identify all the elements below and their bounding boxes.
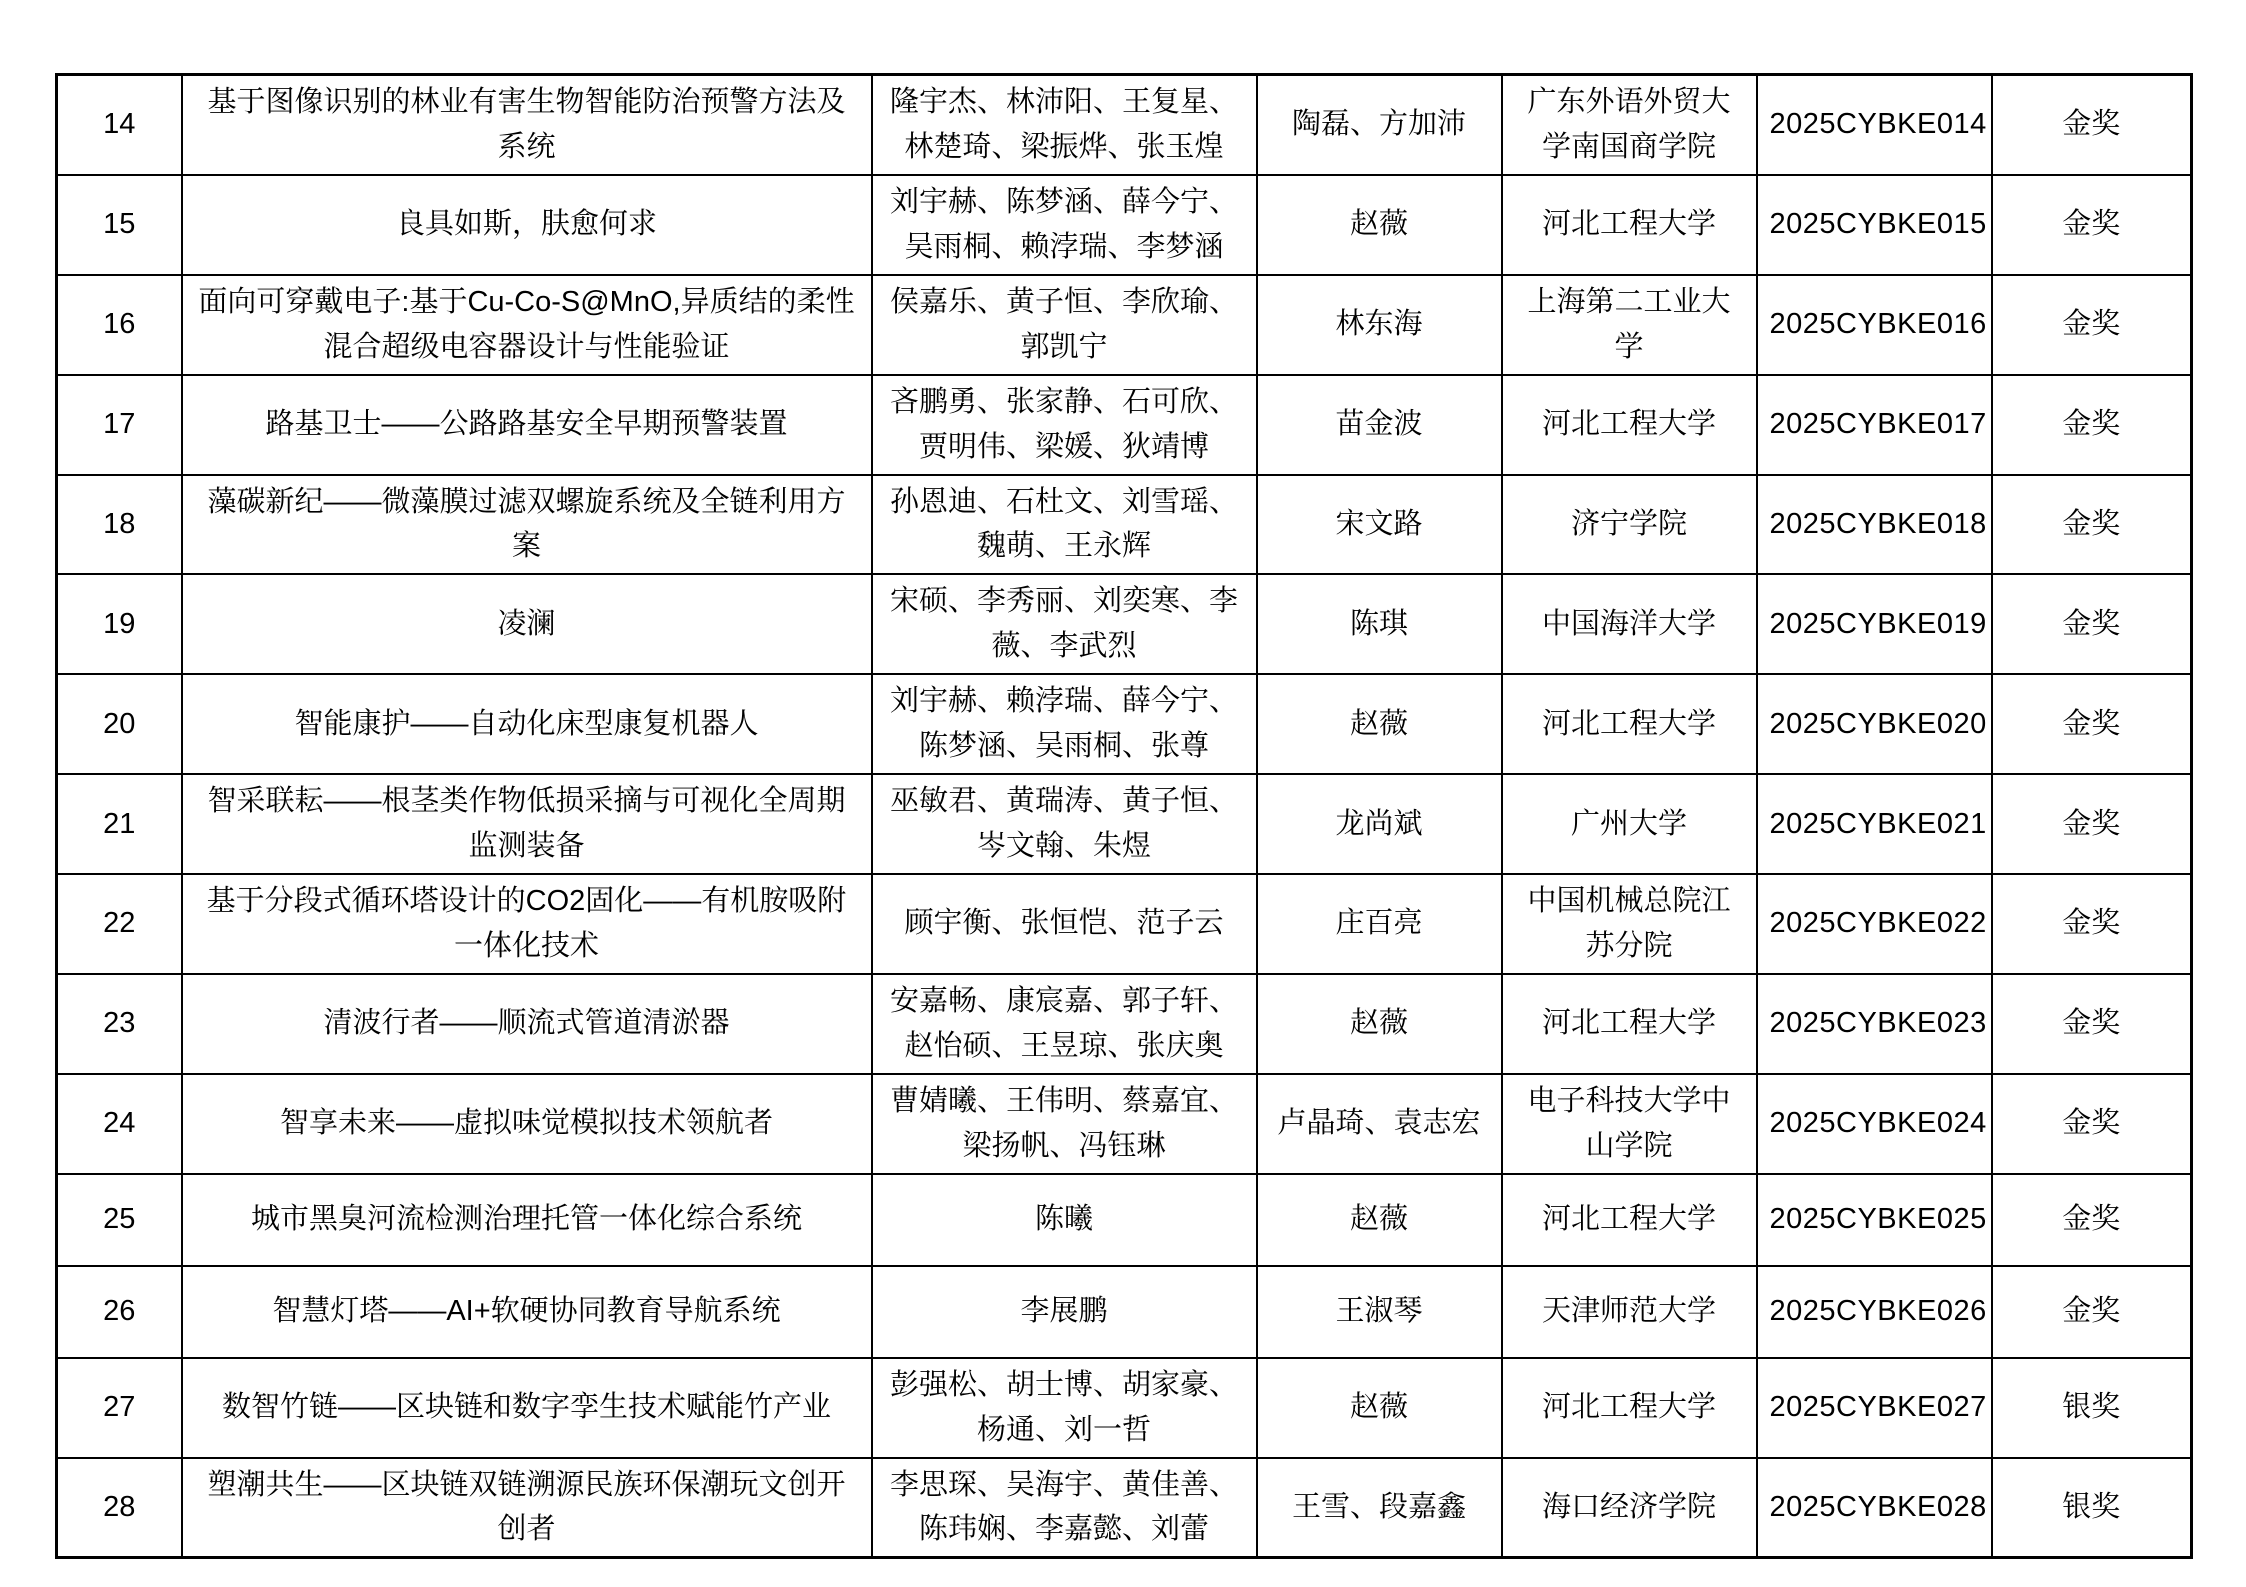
table-row: 17 路基卫士——公路路基安全早期预警装置 吝鹏勇、张家静、石可欣、贾明伟、梁媛… (57, 375, 2192, 475)
award-cell: 金奖 (1992, 574, 2192, 674)
project-code-cell: 2025CYBKE028 (1757, 1458, 1992, 1558)
table-row: 28 塑潮共生——区块链双链溯源民族环保潮玩文创开创者 李思琛、吴海宇、黄佳善、… (57, 1458, 2192, 1558)
project-title-cell: 面向可穿戴电子:基于Cu-Co-S@MnO,异质结的柔性混合超级电容器设计与性能… (182, 275, 872, 375)
school-cell: 河北工程大学 (1502, 175, 1757, 275)
table-row: 23 清波行者——顺流式管道清淤器 安嘉畅、康宸嘉、郭子轩、赵怡硕、王昱琼、张庆… (57, 974, 2192, 1074)
advisor-cell: 陈琪 (1257, 574, 1502, 674)
table-row: 19 凌澜 宋硕、李秀丽、刘奕寒、李薇、李武烈 陈琪 中国海洋大学 2025CY… (57, 574, 2192, 674)
school-cell: 河北工程大学 (1502, 375, 1757, 475)
project-title-cell: 基于分段式循环塔设计的CO2固化——有机胺吸附一体化技术 (182, 874, 872, 974)
table-row: 21 智采联耘——根茎类作物低损采摘与可视化全周期监测装备 巫敏君、黄瑞涛、黄子… (57, 774, 2192, 874)
advisor-cell: 赵薇 (1257, 175, 1502, 275)
table-row: 20 智能康护——自动化床型康复机器人 刘宇赫、赖浡瑞、薛今宁、陈梦涵、吴雨桐、… (57, 674, 2192, 774)
page-canvas: 14 基于图像识别的林业有害生物智能防治预警方法及系统 隆宇杰、林沛阳、王复星、… (0, 0, 2246, 1587)
project-title-cell: 智采联耘——根茎类作物低损采摘与可视化全周期监测装备 (182, 774, 872, 874)
advisor-cell: 卢晶琦、袁志宏 (1257, 1074, 1502, 1174)
school-cell: 中国机械总院江苏分院 (1502, 874, 1757, 974)
table-row: 22 基于分段式循环塔设计的CO2固化——有机胺吸附一体化技术 顾宇衡、张恒恺、… (57, 874, 2192, 974)
team-members-cell: 李展鹏 (872, 1266, 1257, 1358)
advisor-cell: 龙尚斌 (1257, 774, 1502, 874)
row-number-cell: 22 (57, 874, 182, 974)
project-code-cell: 2025CYBKE021 (1757, 774, 1992, 874)
award-cell: 金奖 (1992, 475, 2192, 575)
advisor-cell: 王雪、段嘉鑫 (1257, 1458, 1502, 1558)
project-title-cell: 塑潮共生——区块链双链溯源民族环保潮玩文创开创者 (182, 1458, 872, 1558)
team-members-cell: 吝鹏勇、张家静、石可欣、贾明伟、梁媛、狄靖博 (872, 375, 1257, 475)
school-cell: 河北工程大学 (1502, 1358, 1757, 1458)
school-cell: 河北工程大学 (1502, 974, 1757, 1074)
team-members-cell: 刘宇赫、陈梦涵、薛今宁、吴雨桐、赖浡瑞、李梦涵 (872, 175, 1257, 275)
advisor-cell: 陶磊、方加沛 (1257, 75, 1502, 175)
project-title-cell: 智能康护——自动化床型康复机器人 (182, 674, 872, 774)
project-title-cell: 数智竹链——区块链和数字孪生技术赋能竹产业 (182, 1358, 872, 1458)
school-cell: 上海第二工业大学 (1502, 275, 1757, 375)
project-title-cell: 路基卫士——公路路基安全早期预警装置 (182, 375, 872, 475)
project-code-cell: 2025CYBKE016 (1757, 275, 1992, 375)
advisor-cell: 宋文路 (1257, 475, 1502, 575)
row-number-cell: 16 (57, 275, 182, 375)
team-members-cell: 彭强松、胡士博、胡家豪、杨通、刘一哲 (872, 1358, 1257, 1458)
team-members-cell: 李思琛、吴海宇、黄佳善、陈玮娴、李嘉懿、刘蕾 (872, 1458, 1257, 1558)
table-row: 16 面向可穿戴电子:基于Cu-Co-S@MnO,异质结的柔性混合超级电容器设计… (57, 275, 2192, 375)
row-number-cell: 23 (57, 974, 182, 1074)
row-number-cell: 17 (57, 375, 182, 475)
table-row: 25 城市黑臭河流检测治理托管一体化综合系统 陈曦 赵薇 河北工程大学 2025… (57, 1174, 2192, 1266)
school-cell: 河北工程大学 (1502, 674, 1757, 774)
row-number-cell: 20 (57, 674, 182, 774)
school-cell: 河北工程大学 (1502, 1174, 1757, 1266)
project-code-cell: 2025CYBKE026 (1757, 1266, 1992, 1358)
row-number-cell: 28 (57, 1458, 182, 1558)
awards-table: 14 基于图像识别的林业有害生物智能防治预警方法及系统 隆宇杰、林沛阳、王复星、… (55, 73, 2193, 1559)
project-title-cell: 城市黑臭河流检测治理托管一体化综合系统 (182, 1174, 872, 1266)
project-title-cell: 凌澜 (182, 574, 872, 674)
project-code-cell: 2025CYBKE023 (1757, 974, 1992, 1074)
advisor-cell: 林东海 (1257, 275, 1502, 375)
advisor-cell: 赵薇 (1257, 1174, 1502, 1266)
row-number-cell: 14 (57, 75, 182, 175)
advisor-cell: 赵薇 (1257, 974, 1502, 1074)
advisor-cell: 赵薇 (1257, 674, 1502, 774)
project-title-cell: 基于图像识别的林业有害生物智能防治预警方法及系统 (182, 75, 872, 175)
advisor-cell: 王淑琴 (1257, 1266, 1502, 1358)
school-cell: 济宁学院 (1502, 475, 1757, 575)
team-members-cell: 顾宇衡、张恒恺、范子云 (872, 874, 1257, 974)
award-cell: 金奖 (1992, 974, 2192, 1074)
school-cell: 广东外语外贸大学南国商学院 (1502, 75, 1757, 175)
row-number-cell: 26 (57, 1266, 182, 1358)
table-row: 15 良具如斯，肤愈何求 刘宇赫、陈梦涵、薛今宁、吴雨桐、赖浡瑞、李梦涵 赵薇 … (57, 175, 2192, 275)
table-row: 24 智享未来——虚拟味觉模拟技术领航者 曹婧曦、王伟明、蔡嘉宜、梁扬帆、冯钰琳… (57, 1074, 2192, 1174)
school-cell: 广州大学 (1502, 774, 1757, 874)
row-number-cell: 25 (57, 1174, 182, 1266)
project-code-cell: 2025CYBKE017 (1757, 375, 1992, 475)
row-number-cell: 15 (57, 175, 182, 275)
team-members-cell: 宋硕、李秀丽、刘奕寒、李薇、李武烈 (872, 574, 1257, 674)
project-title-cell: 良具如斯，肤愈何求 (182, 175, 872, 275)
project-title-cell: 智慧灯塔——AI+软硬协同教育导航系统 (182, 1266, 872, 1358)
row-number-cell: 27 (57, 1358, 182, 1458)
award-cell: 银奖 (1992, 1458, 2192, 1558)
award-cell: 金奖 (1992, 175, 2192, 275)
award-cell: 金奖 (1992, 774, 2192, 874)
project-code-cell: 2025CYBKE027 (1757, 1358, 1992, 1458)
team-members-cell: 刘宇赫、赖浡瑞、薛今宁、陈梦涵、吴雨桐、张尊 (872, 674, 1257, 774)
award-cell: 金奖 (1992, 1074, 2192, 1174)
team-members-cell: 曹婧曦、王伟明、蔡嘉宜、梁扬帆、冯钰琳 (872, 1074, 1257, 1174)
school-cell: 电子科技大学中山学院 (1502, 1074, 1757, 1174)
award-cell: 金奖 (1992, 674, 2192, 774)
project-title-cell: 藻碳新纪——微藻膜过滤双螺旋系统及全链利用方案 (182, 475, 872, 575)
project-code-cell: 2025CYBKE014 (1757, 75, 1992, 175)
team-members-cell: 侯嘉乐、黄子恒、李欣瑜、郭凯宁 (872, 275, 1257, 375)
school-cell: 中国海洋大学 (1502, 574, 1757, 674)
award-cell: 金奖 (1992, 874, 2192, 974)
project-code-cell: 2025CYBKE018 (1757, 475, 1992, 575)
team-members-cell: 隆宇杰、林沛阳、王复星、林楚琦、梁振烨、张玉煌 (872, 75, 1257, 175)
advisor-cell: 赵薇 (1257, 1358, 1502, 1458)
advisor-cell: 庄百亮 (1257, 874, 1502, 974)
team-members-cell: 巫敏君、黄瑞涛、黄子恒、岑文翰、朱煜 (872, 774, 1257, 874)
award-cell: 金奖 (1992, 375, 2192, 475)
award-cell: 金奖 (1992, 1266, 2192, 1358)
project-title-cell: 智享未来——虚拟味觉模拟技术领航者 (182, 1074, 872, 1174)
project-code-cell: 2025CYBKE015 (1757, 175, 1992, 275)
table-row: 27 数智竹链——区块链和数字孪生技术赋能竹产业 彭强松、胡士博、胡家豪、杨通、… (57, 1358, 2192, 1458)
award-cell: 银奖 (1992, 1358, 2192, 1458)
team-members-cell: 陈曦 (872, 1174, 1257, 1266)
table-row: 26 智慧灯塔——AI+软硬协同教育导航系统 李展鹏 王淑琴 天津师范大学 20… (57, 1266, 2192, 1358)
awards-table-body: 14 基于图像识别的林业有害生物智能防治预警方法及系统 隆宇杰、林沛阳、王复星、… (57, 75, 2192, 1558)
award-cell: 金奖 (1992, 75, 2192, 175)
project-code-cell: 2025CYBKE022 (1757, 874, 1992, 974)
table-row: 14 基于图像识别的林业有害生物智能防治预警方法及系统 隆宇杰、林沛阳、王复星、… (57, 75, 2192, 175)
school-cell: 海口经济学院 (1502, 1458, 1757, 1558)
project-title-cell: 清波行者——顺流式管道清淤器 (182, 974, 872, 1074)
row-number-cell: 21 (57, 774, 182, 874)
school-cell: 天津师范大学 (1502, 1266, 1757, 1358)
award-cell: 金奖 (1992, 1174, 2192, 1266)
row-number-cell: 19 (57, 574, 182, 674)
team-members-cell: 孙恩迪、石杜文、刘雪瑶、魏萌、王永辉 (872, 475, 1257, 575)
project-code-cell: 2025CYBKE020 (1757, 674, 1992, 774)
award-cell: 金奖 (1992, 275, 2192, 375)
project-code-cell: 2025CYBKE024 (1757, 1074, 1992, 1174)
table-row: 18 藻碳新纪——微藻膜过滤双螺旋系统及全链利用方案 孙恩迪、石杜文、刘雪瑶、魏… (57, 475, 2192, 575)
project-code-cell: 2025CYBKE025 (1757, 1174, 1992, 1266)
project-code-cell: 2025CYBKE019 (1757, 574, 1992, 674)
row-number-cell: 18 (57, 475, 182, 575)
team-members-cell: 安嘉畅、康宸嘉、郭子轩、赵怡硕、王昱琼、张庆奥 (872, 974, 1257, 1074)
advisor-cell: 苗金波 (1257, 375, 1502, 475)
row-number-cell: 24 (57, 1074, 182, 1174)
